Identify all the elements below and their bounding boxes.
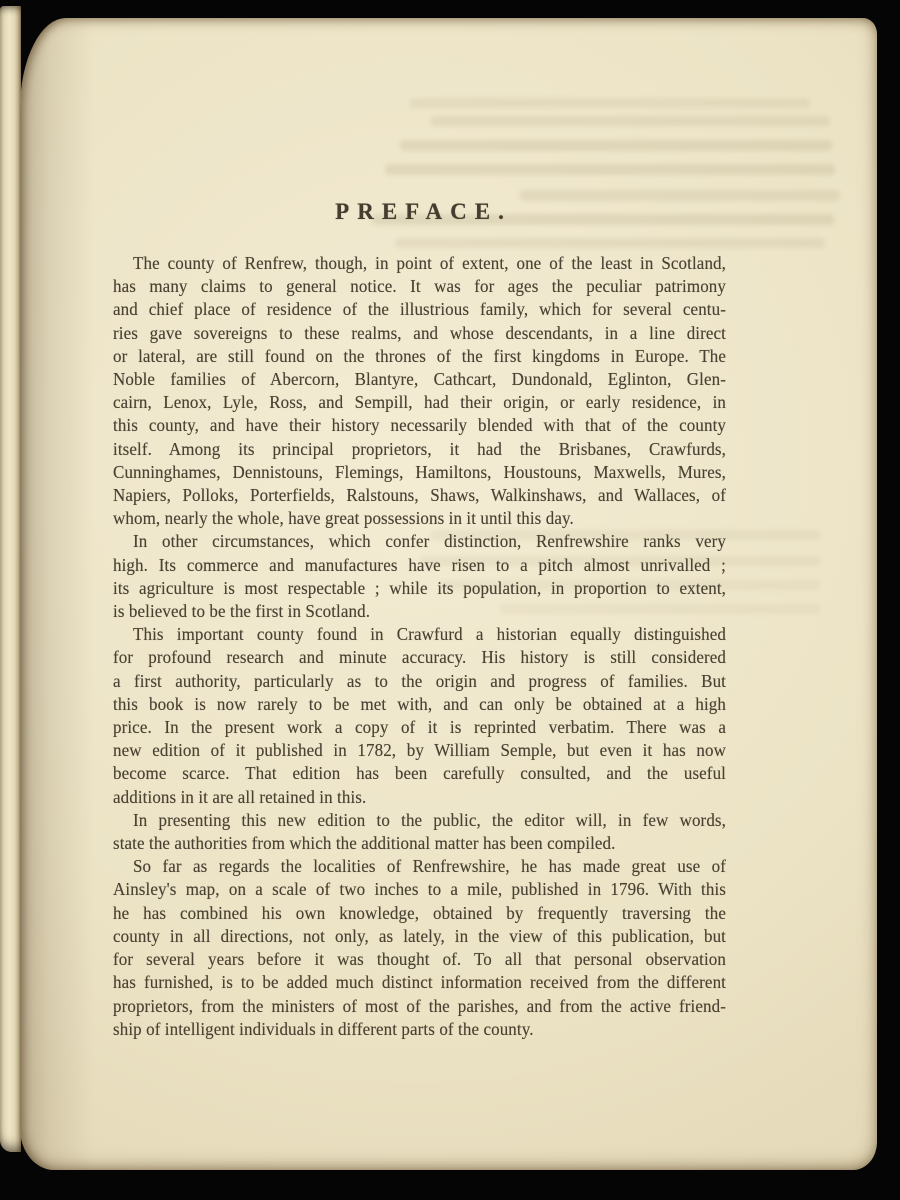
paragraph: This important county found in Crawfurd … <box>113 623 726 809</box>
text-line: has many claims to general notice. It wa… <box>113 274 726 299</box>
book-fore-edge <box>0 6 21 1152</box>
page-title: PREFACE. <box>113 199 726 225</box>
text-line: Cunninghames, Dennistouns, Flemings, Ham… <box>113 460 726 485</box>
text-line: county in all directions, not only, as l… <box>113 924 726 949</box>
paragraph: In presenting this new edition to the pu… <box>113 809 726 855</box>
text-line: itself. Among its principal proprietors,… <box>113 437 726 462</box>
text-line: for profound research and minute accurac… <box>113 645 726 670</box>
ghost-text-line <box>395 238 825 248</box>
text-line: In presenting this new edition to the pu… <box>113 808 726 833</box>
text-line: a first authority, particularly as to th… <box>113 669 726 694</box>
gutter-shadow <box>20 18 94 1170</box>
ghost-text-line <box>410 98 810 108</box>
text-line: he has combined his own knowledge, obtai… <box>113 901 726 926</box>
text-line: its agriculture is most respectable ; wh… <box>113 576 726 601</box>
text-line: new edition of it published in 1782, by … <box>113 738 726 763</box>
text-line: proprietors, from the ministers of most … <box>113 994 726 1019</box>
text-line: or lateral, are still found on the thron… <box>113 344 726 369</box>
ghost-text-line <box>400 140 832 151</box>
preface-body: The county of Renfrew, though, in point … <box>113 252 726 1041</box>
ghost-text-line <box>430 116 830 126</box>
text-line: whom, nearly the whole, have great posse… <box>113 506 726 531</box>
text-line: So far as regards the localities of Renf… <box>113 854 726 879</box>
text-line: state the authorities from which the add… <box>113 831 726 856</box>
text-line: Napiers, Polloks, Porterfields, Ralstoun… <box>113 483 726 508</box>
text-line: price. In the present work a copy of it … <box>113 715 726 740</box>
paragraph: In other circumstances, which confer dis… <box>113 530 726 623</box>
paragraph: So far as regards the localities of Renf… <box>113 855 726 1041</box>
paragraph: The county of Renfrew, though, in point … <box>113 252 726 530</box>
text-line: this county, and have their history nece… <box>113 413 726 438</box>
text-line: This important county found in Crawfurd … <box>113 622 726 647</box>
text-line: for several years before it was thought … <box>113 947 726 972</box>
text-line: has furnished, is to be added much disti… <box>113 970 726 995</box>
text-line: is believed to be the first in Scotland. <box>113 599 726 624</box>
text-line: The county of Renfrew, though, in point … <box>113 251 726 276</box>
text-line: ries gave sovereigns to these realms, an… <box>113 321 726 346</box>
text-line: In other circumstances, which confer dis… <box>113 529 726 554</box>
text-line: high. Its commerce and manufactures have… <box>113 553 726 578</box>
text-line: ship of intelligent individuals in diffe… <box>113 1017 726 1042</box>
text-line: cairn, Lenox, Lyle, Ross, and Sempill, h… <box>113 390 726 415</box>
book-page: PREFACE. The county of Renfrew, though, … <box>20 18 877 1170</box>
text-line: Ainsley's map, on a scale of two inches … <box>113 878 726 903</box>
ghost-text-line <box>385 164 835 175</box>
text-line: additions in it are all retained in this… <box>113 785 726 810</box>
text-line: and chief place of residence of the illu… <box>113 297 726 322</box>
text-line: become scarce. That edition has been car… <box>113 761 726 786</box>
text-line: Noble families of Abercorn, Blantyre, Ca… <box>113 367 726 392</box>
text-line: this book is now rarely to be met with, … <box>113 692 726 717</box>
book-scan: PREFACE. The county of Renfrew, though, … <box>0 0 900 1200</box>
